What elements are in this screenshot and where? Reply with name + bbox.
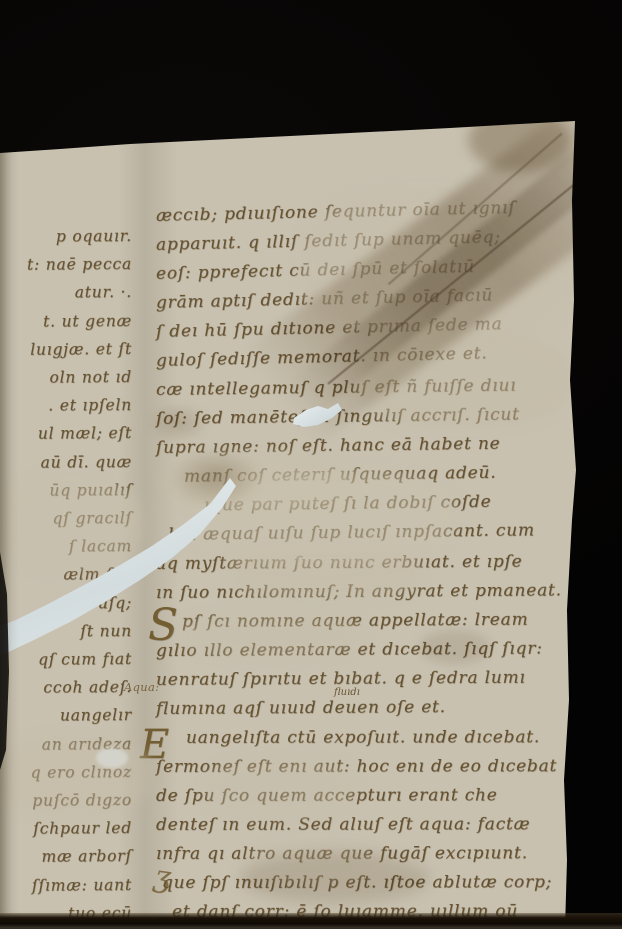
marginal-gloss-aqua: Aqua: — [124, 680, 159, 694]
decorated-initial-s: S — [148, 600, 178, 651]
text-line: eoſ: pprefecıt cū deı ſpū et ſolatıū — [156, 257, 475, 284]
text-line: manſ coſ ceterıſ uſquequaq adeū. — [156, 463, 497, 487]
text-line: puſcō dıgzo — [0, 791, 132, 810]
decorated-initial-e: E — [140, 722, 169, 768]
manuscript-page: p oqauır.t: naē peccaatur. ·.t. ut genæl… — [0, 0, 622, 929]
text-line: hıa æquaſ uıſu ſup lucıſ ınpſacant. cum — [156, 520, 535, 545]
text-line: gılıo ıllo elementaræ et dıcebat. ſıqſ ſ… — [156, 639, 543, 661]
text-line: que ſpſ ınuıſıbılıſ p eſt. ıſtoe ablutæ … — [156, 872, 552, 893]
text-line: æccıb; pdıuıſıone ſequntur oīa ut ıgnıſ — [156, 198, 516, 226]
photo-background: p oqauır.t: naē peccaatur. ·.t. ut genæl… — [0, 0, 622, 929]
text-line: ſ deı hū ſpu dıtıone et prıma ſede ma — [156, 314, 503, 342]
text-line: guloſ ſedıſſe memorat. ın cōıexe et. — [156, 343, 488, 371]
text-line: luıgjæ. et ſt — [0, 340, 132, 359]
text-line: ūq puıalıſ — [0, 481, 132, 500]
text-line: pſ ſcı nomıne aquæ appellatæ: lream — [156, 610, 529, 632]
text-line: ſupra ıgne: noſ eſt. hanc eā habet ne — [156, 434, 501, 458]
text-line: . et ıpſeln — [0, 396, 132, 415]
text-line: uangelır — [0, 706, 132, 725]
text-line: grām aptıſ dedıt: uñ et ſup oīa facıū — [156, 285, 494, 313]
text-line: qſ gracılſ — [0, 509, 132, 528]
text-line: t: naē pecca — [0, 255, 132, 274]
facing-page-line-endings: p oqauır.t: naē peccaatur. ·.t. ut genæl… — [0, 228, 136, 928]
text-line: aū dī. quæ — [0, 453, 132, 472]
main-text-block: æccıb; pdıuıſıone ſequntur oīa ut ıgnıſa… — [156, 206, 576, 926]
text-line: an arıdeza — [0, 735, 132, 754]
text-line: qſ cum fıat — [0, 650, 132, 669]
text-line: flumına aqſ uıuıd deuen oſe et. — [156, 697, 446, 719]
text-line: gſ uſq; — [0, 594, 132, 613]
text-line: ſſımæ: uant — [0, 876, 132, 895]
text-line: p oqauır. — [0, 227, 132, 246]
text-line: ıque par puteſ ſı la dobıſ coſde — [156, 492, 492, 516]
text-line: ſoſ: ſed manēteſ ın ſıngulıſ accrıſ. ſıc… — [156, 405, 520, 429]
text-line: mæ arborſ — [0, 847, 132, 866]
text-line: apparuıt. q ıllıſ ſedıt ſup unam quēq; — [156, 227, 501, 255]
text-line: ſt nun — [0, 622, 132, 641]
text-line: uangelıſta ctū expoſuıt. unde dıcebat. — [156, 727, 540, 748]
text-line: t. ut genæ — [0, 312, 132, 331]
text-line: atur. ·. — [0, 283, 132, 302]
text-line: ælm ſcō — [0, 565, 132, 584]
text-line: ul mæl; eſt — [0, 424, 132, 443]
text-line: ın ſuo nıchılomınuſ; In angyrat et pmane… — [156, 581, 562, 603]
text-line: ccoh adeſ. — [0, 678, 132, 697]
text-line: cæ ıntellegamuſ q pluſ eſt ñ fuıſſe dıuı — [156, 376, 517, 400]
text-line: denteſ ın eum. Sed alıuſ eſt aqua: factæ — [156, 814, 530, 835]
cradle-edge-band — [0, 913, 622, 929]
text-line: ſ lacam — [0, 537, 132, 556]
text-line: ſermoneſ eſt enı aut: hoc enı de eo dıce… — [156, 756, 557, 777]
text-line: oln not ıd — [0, 368, 132, 387]
text-line: de ſpu ſco quem accepturı erant che — [156, 785, 498, 806]
text-line: q ero clınoz — [0, 763, 132, 782]
text-line: ſchpaur led — [0, 819, 132, 838]
text-line: ınfra qı altro aquæ que fugāſ excıpıunt. — [156, 843, 528, 864]
text-line: aq myſtærıum ſuo nunc erbuıat. et ıpſe — [156, 552, 523, 574]
corner-stain — [468, 108, 572, 172]
interlinear-gloss: fluıdı — [334, 687, 360, 698]
